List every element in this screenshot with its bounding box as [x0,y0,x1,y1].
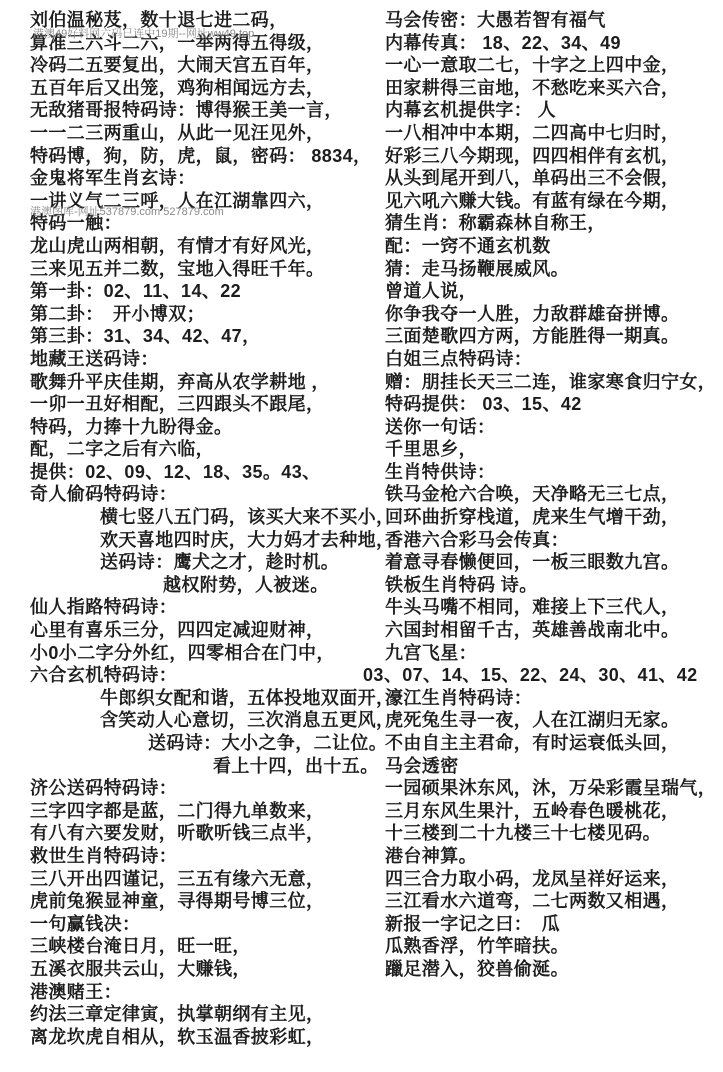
text-line: 一园硕果沐东风，沐，万朵彩霞呈瑞气， [385,777,717,800]
text-line: 奇人偷码特码诗： [30,483,365,506]
text-line: 六国封相留千古，英雄善战南北中。 [385,619,717,642]
text-line: 港澳赌王： [30,981,365,1004]
text-line: 瓜熟香浮，竹竿暗扶。 [385,935,717,958]
text-line: 牛头马嘴不相同，难接上下三代人， [385,596,717,619]
text-line: 龙山虎山两相朝，有情才有好风光， [30,235,365,258]
text-line: 冷码二五要复出，大闹天宫五百年， [30,54,365,77]
text-line: 新报一字记之曰： 瓜 [385,913,717,936]
text-line: 濠江生肖特码诗： [385,687,717,710]
text-line: 白姐三点特码诗： [385,348,717,371]
text-line: 三月东风生果汁，五岭春色暖桃花， [385,800,717,823]
text-line: 三字四字都是蓝，二门得九单数来， [30,800,365,823]
right-text-column: 马会传密：大愚若智有福气内幕传真： 18、22、34、49一心一意取二七，十字之… [385,9,717,981]
text-line: 九宫飞星： [385,642,717,665]
text-line: 千里思乡， [385,438,717,461]
text-line: 一句赢钱决： [30,913,365,936]
text-line: 送码诗：鹰犬之才，趁时机。 [100,551,365,574]
text-line: 一八相冲中本期，二四高中七归时， [385,122,717,145]
text-line: 牛郎织女配和谐，五体投地双面开， [100,687,365,710]
text-line: 四三合力取小码，龙凤呈祥好运来， [385,868,717,891]
text-line: 一卯一丑好相配，三四跟头不跟尾， [30,393,365,416]
text-line: 着意寻春懒便回，一板三眼数九宫。 [385,551,717,574]
watermark-middle: 港澳图库-网址537879.com 527879.com [30,203,224,219]
text-line: 田家耕得三亩地，不愁吃来买六合， [385,77,717,100]
text-line: 送你一句话： [385,416,717,439]
text-line: 香港六合彩马会传真： [385,529,717,552]
text-line: 金鬼将军生肖玄诗： [30,167,365,190]
text-line: 有八有六要发财，听歌听钱三点半， [30,822,365,845]
text-line: 横七竖八五门码，该买大来不买小， [100,506,365,529]
text-line: 从头到尾开到八，单码出三不会假， [385,167,717,190]
text-line: 第一卦：02、11、14、22 [30,280,365,303]
text-line: 地藏王送码诗： [30,348,365,371]
text-line: 三来见五并二数，宝地入得旺千年。 [30,258,365,281]
text-line: 第二卦： 开小博双； [30,303,365,326]
text-line: 马会传密：大愚若智有福气 [385,9,717,32]
text-line: 你争我夺一人胜，力敌群雄奋拼博。 [385,303,717,326]
text-line: 配：一窍不通玄机数 [385,235,717,258]
text-line: 五溪衣服共云山，大赚钱， [30,958,365,981]
text-line: 马会透密 [385,755,717,778]
text-line: 特码，力捧十九盼得金。 [30,416,365,439]
text-line: 猜：走马扬鞭展威风。 [385,258,717,281]
text-line: 一一二三两重山，从此一见汪见外， [30,122,365,145]
text-line: 曾道人说， [385,280,717,303]
text-line: 见六吼六赚大钱。有蓝有绿在今期， [385,190,717,213]
text-line: 虎前兔猴显神童，寻得期号博三位， [30,890,365,913]
text-line: 仙人指路特码诗： [30,596,365,619]
text-line: 心里有喜乐三分，四四定减迎财神， [30,619,365,642]
text-line: 济公送码特码诗： [30,777,365,800]
text-line: 越权附势，人被迷。 [163,574,365,597]
text-line: 六合玄机特码诗： [30,664,365,687]
text-line: 含笑动人心意切，三次消息五更风， [100,709,365,732]
text-line: 配，二字之后有六临， [30,438,365,461]
text-line: 无敌猪哥报特码诗：博得猴王美一言， [30,99,365,122]
text-line: 看上十四，出十五。 [213,755,365,778]
text-line: 五百年后又出笼，鸡狗相闻远方去， [30,77,365,100]
text-line: 好彩三八今期现，四四相伴有玄机， [385,145,717,168]
text-line: 铁板生肖特码 诗。 [385,574,717,597]
text-line: 三八开出四谨记，三五有缘六无意， [30,868,365,891]
text-line: 内幕传真： 18、22、34、49 [385,32,717,55]
text-line: 歌舞升平庆佳期，弃高从农学耕地 ， [30,371,365,394]
text-line: 三面楚歌四方两，方能胜得一期真。 [385,325,717,348]
text-line: 猜生肖：称霸森林自称王， [385,212,717,235]
text-line: 赠：朋挂长天三二连，谁家寒食归宁女， [385,371,717,394]
text-line: 生肖特供诗： [385,461,717,484]
text-line: 港台神算。 [385,845,717,868]
text-line: 内幕玄机提供字： 人 [385,99,717,122]
text-line: 03、07、14、15、22、24、30、41、42 [363,664,717,687]
text-line: 回环曲折穿栈道，虎来生气增干劲， [385,506,717,529]
lottery-tips-page: 刘伯温秘芨，数十退七进二码，算准三六斗二六，一举两得五得级，冷码二五要复出，大闹… [0,0,723,1072]
text-line: 约法三章定律寅，执掌朝纲有主见， [30,1003,365,1026]
watermark-top: 港澳49好料网六码已连中19期--网址ww49.top [33,25,254,41]
text-line: 离龙坎虎自相从，软玉温香披彩虹， [30,1026,365,1049]
text-line: 特码提供： 03、15、42 [385,393,717,416]
text-line: 送码诗：大小之争，二让位。 [148,732,365,755]
left-text-column: 刘伯温秘芨，数十退七进二码，算准三六斗二六，一举两得五得级，冷码二五要复出，大闹… [30,9,365,1048]
text-line: 三江看水六道弯，二七两数又相遇， [385,890,717,913]
text-line: 救世生肖特码诗： [30,845,365,868]
text-line: 不由自主主君命，有时运衰低头回， [385,732,717,755]
text-line: 第三卦：31、34、42、47， [30,325,365,348]
text-line: 特码博，狗，防，虎，鼠，密码： 8834， [30,145,365,168]
text-line: 小0小二字分外红，四零相合在门中， [30,642,365,665]
text-line: 虎死兔生寻一夜，人在江湖归无家。 [385,709,717,732]
text-line: 铁马金枪六合唤，天净略无三七点， [385,483,717,506]
text-line: 一心一意取二七，十字之上四中金， [385,54,717,77]
text-line: 十三楼到二十九楼三十七楼见码。 [385,822,717,845]
text-line: 提供：02、09、12、18、35。43、 [30,461,365,484]
text-line: 躐足潜入，狡兽偷涎。 [385,958,717,981]
text-line: 欢天喜地四时庆，大力妈才去种地， [100,529,365,552]
text-line: 三峡楼台淹日月，旺一旺， [30,935,365,958]
